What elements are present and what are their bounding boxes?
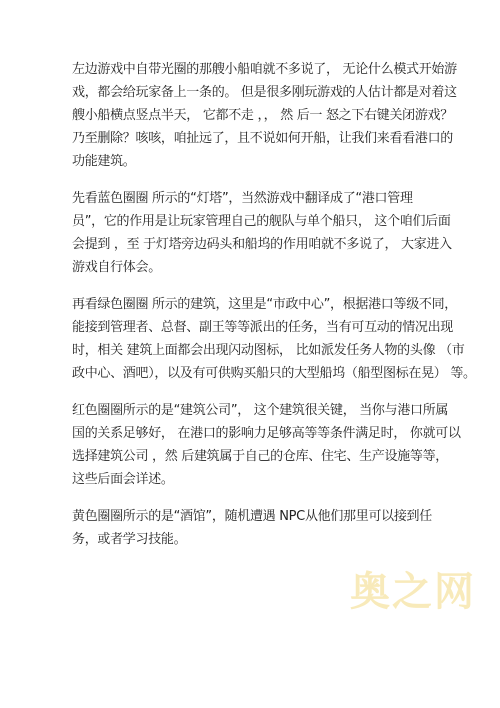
text-line: 乃至删除？咳咳，咱扯远了，且不说如何开船，让我们来看看港口的 [72, 127, 472, 150]
paragraph-tavern: 黄色圈圈所示的是“酒馆”，随机遭遇 NPC从他们那里可以接到任 务，或者学习技能… [72, 505, 472, 551]
watermark-logo: 奥之网 [350, 560, 476, 617]
text-line: 选择建筑公司 ，然 后建筑属于自己的仓库、住宅、生产设施等等， [72, 445, 472, 468]
text-line: 艘小船横点竖点半天， 它都不走 ，， 然 后一 怒之下右键关闭游戏？ [72, 104, 472, 127]
text-line: 员”，它的作用是让玩家管理自己的舰队与单个船只， 这个咱们后面 [72, 210, 472, 233]
text-line: 政中心、酒吧），以及有可供购买船只的大型船坞（船型图标在晃） 等。 [72, 362, 472, 385]
text-line: 游戏自行体会。 [72, 256, 472, 279]
text-line: 会提到 ，至 于灯塔旁边码头和船坞的作用咱就不多说了， 大家进入 [72, 233, 472, 256]
text-line: 能接到管理者、总督、副王等等派出的任务，当有可互动的情况出现 [72, 316, 472, 339]
text-line: 国的关系足够好， 在港口的影响力足够高等等条件满足时， 你就可以 [72, 422, 472, 445]
text-line: 先看蓝色圈圈 所示的“灯塔”，当然游戏中翻译成了“港口管理 [72, 187, 472, 210]
text-line: 红色圈圈所示的是“建筑公司”， 这个建筑很关键， 当你与港口所属 [72, 399, 472, 422]
document-body: 左边游戏中自带光圈的那艘小船咱就不多说了， 无论什么模式开始游 戏，都会给玩家备… [72, 58, 472, 565]
text-line: 务，或者学习技能。 [72, 528, 472, 551]
paragraph-construction-company: 红色圈圈所示的是“建筑公司”， 这个建筑很关键， 当你与港口所属 国的关系足够好… [72, 399, 472, 491]
paragraph-intro: 左边游戏中自带光圈的那艘小船咱就不多说了， 无论什么模式开始游 戏，都会给玩家备… [72, 58, 472, 173]
text-line: 功能建筑。 [72, 150, 472, 173]
paragraph-lighthouse: 先看蓝色圈圈 所示的“灯塔”，当然游戏中翻译成了“港口管理 员”，它的作用是让玩… [72, 187, 472, 279]
text-line: 黄色圈圈所示的是“酒馆”，随机遭遇 NPC从他们那里可以接到任 [72, 505, 472, 528]
text-line: 再看绿色圈圈 所示的建筑，这里是“市政中心”，根据港口等级不同， [72, 293, 472, 316]
paragraph-city-hall: 再看绿色圈圈 所示的建筑，这里是“市政中心”，根据港口等级不同， 能接到管理者、… [72, 293, 472, 385]
text-line: 戏，都会给玩家备上一条的。 但是很多刚玩游戏的人估计都是对着这 [72, 81, 472, 104]
text-line: 时，相关 建筑上面都会出现闪动图标， 比如派发任务人物的头像 （市 [72, 339, 472, 362]
text-line: 这些后面会详述。 [72, 468, 472, 491]
text-line: 左边游戏中自带光圈的那艘小船咱就不多说了， 无论什么模式开始游 [72, 58, 472, 81]
